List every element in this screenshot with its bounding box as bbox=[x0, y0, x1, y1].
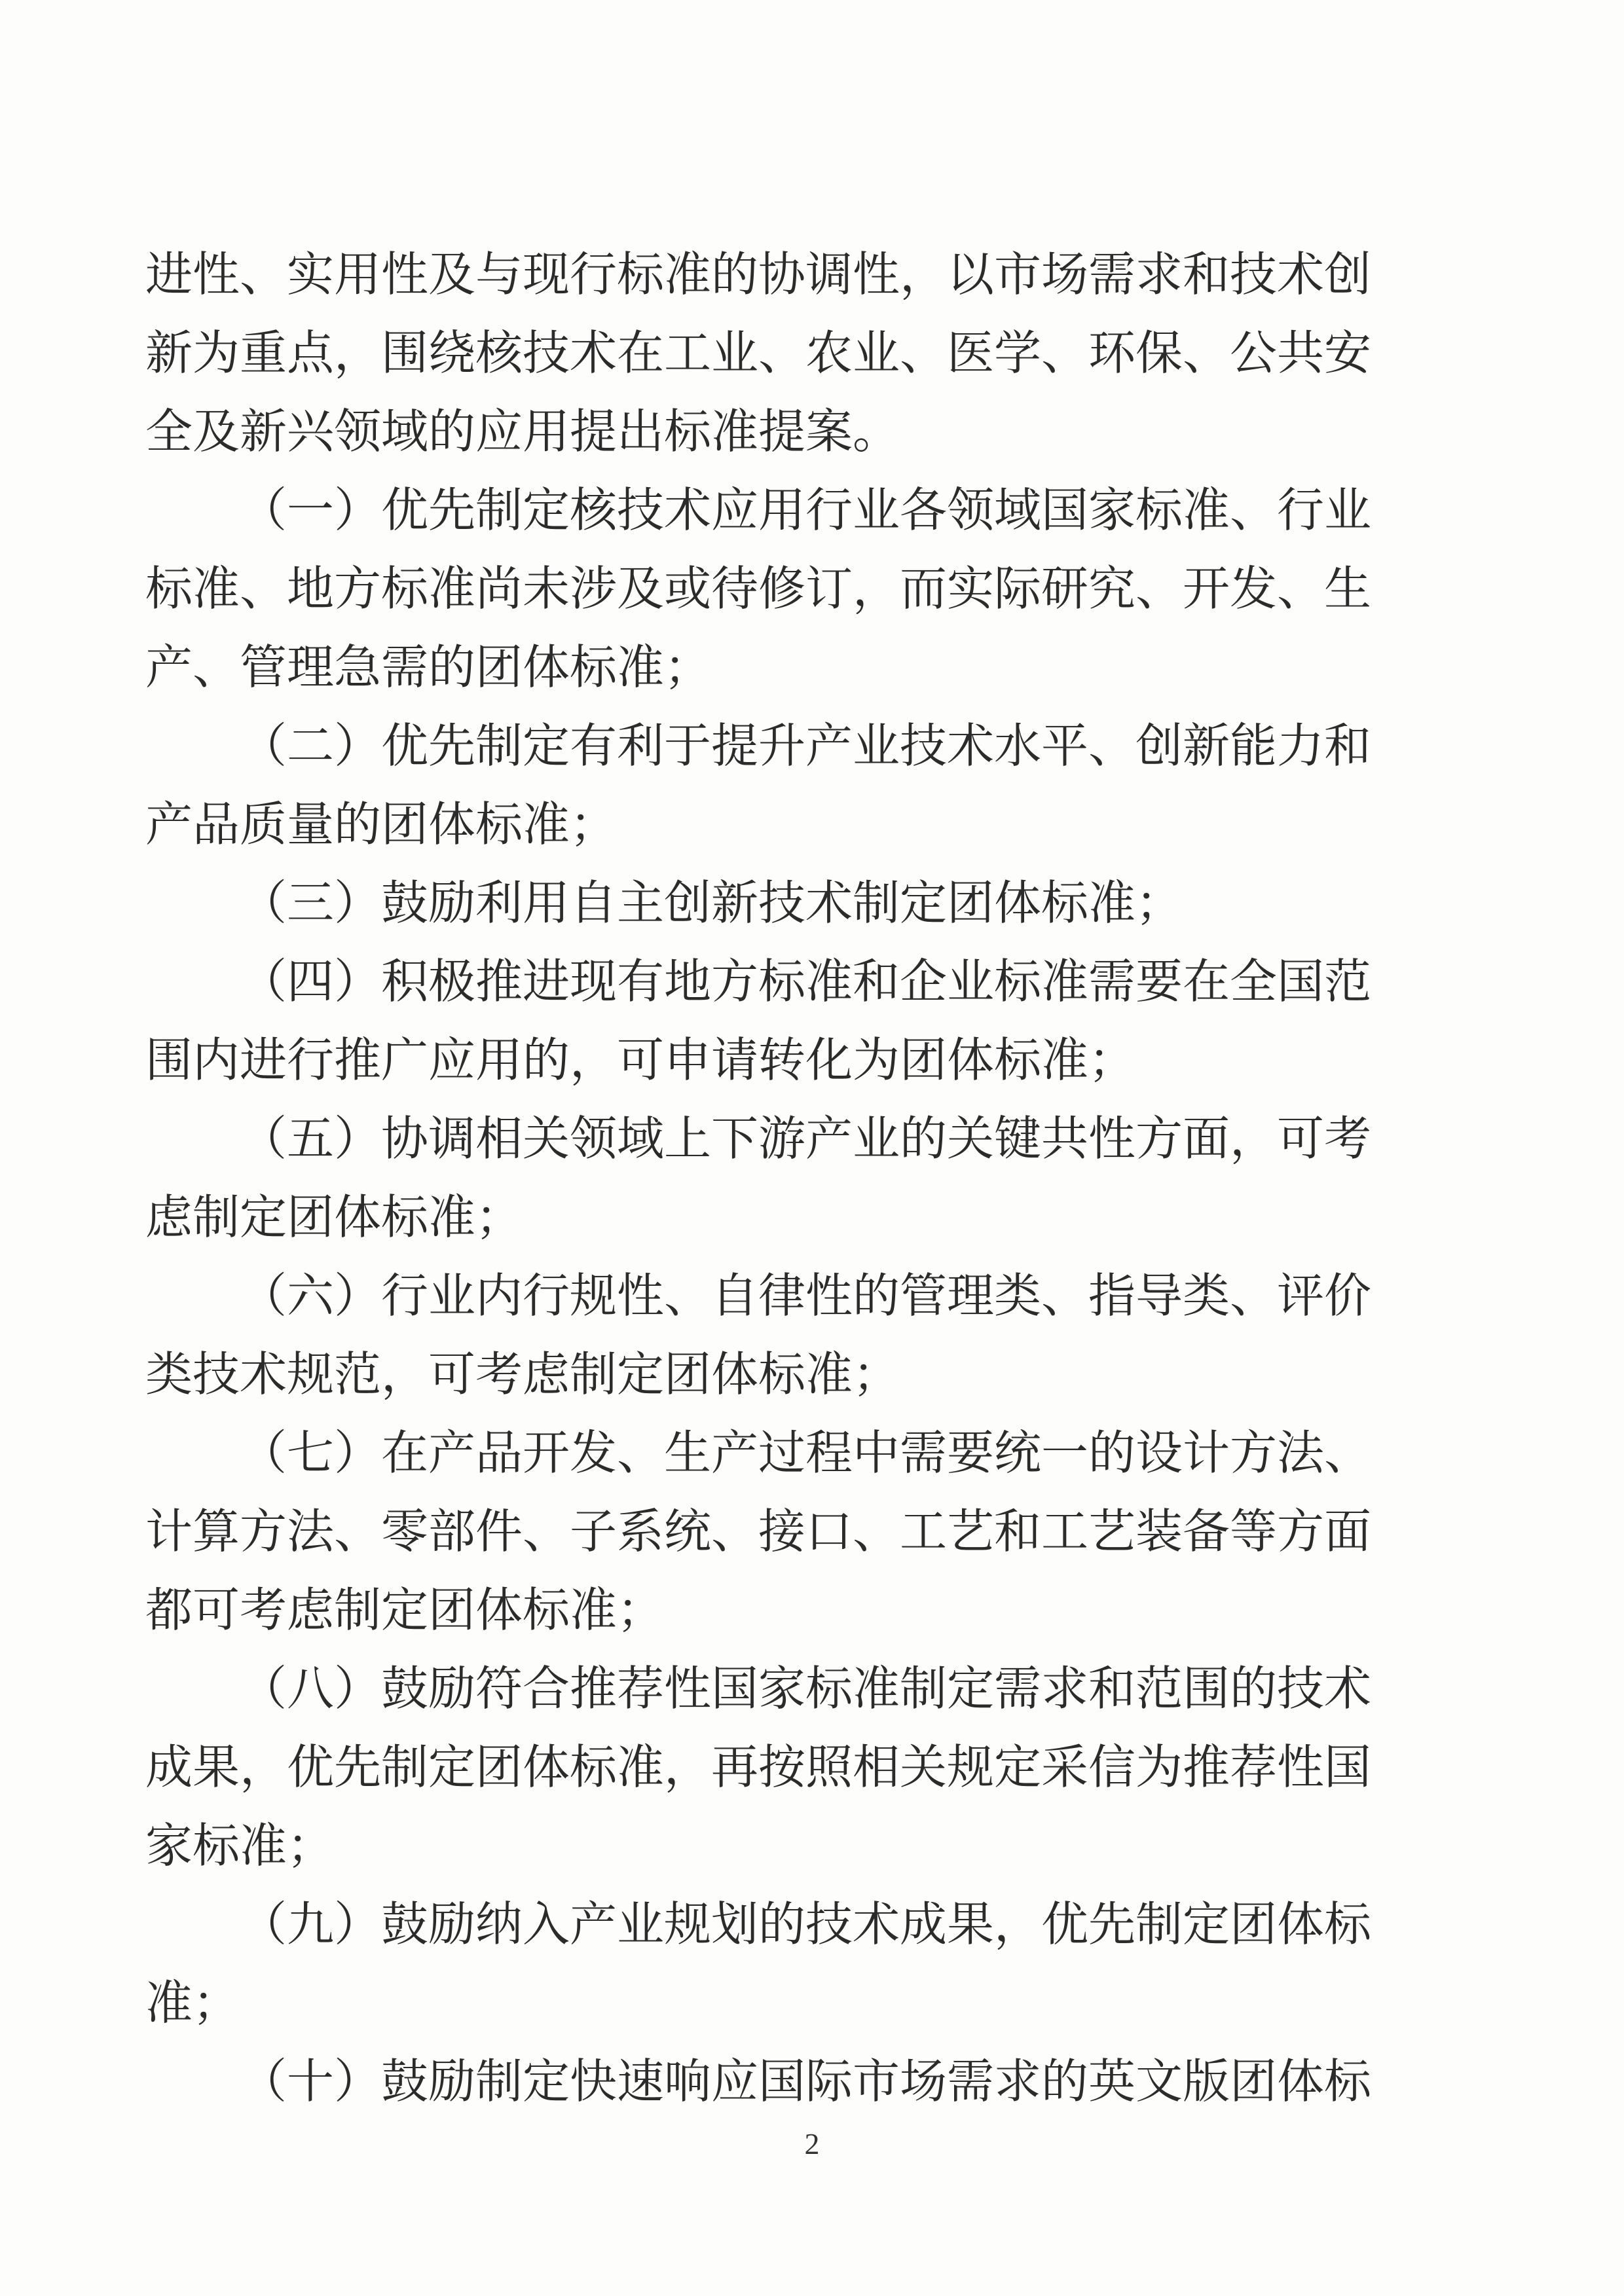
text-line: （九）鼓励纳入产业规划的技术成果，优先制定团体标 bbox=[145, 1886, 1369, 1964]
text-line: 进性、实用性及与现行标准的协调性，以市场需求和技术创 bbox=[145, 236, 1369, 314]
text-line: （五）协调相关领域上下游产业的关键共性方面，可考 bbox=[145, 1100, 1369, 1178]
text-line: 围内进行推广应用的，可申请转化为团体标准； bbox=[145, 1021, 1369, 1100]
text-line: 都可考虑制定团体标准； bbox=[145, 1571, 1369, 1650]
text-line: 类技术规范，可考虑制定团体标准； bbox=[145, 1336, 1369, 1414]
text-line: 成果，优先制定团体标准，再按照相关规定采信为推荐性国 bbox=[145, 1728, 1369, 1807]
text-line: 标准、地方标准尚未涉及或待修订，而实际研究、开发、生 bbox=[145, 550, 1369, 629]
text-line: （四）积极推进现有地方标准和企业标准需要在全国范 bbox=[145, 943, 1369, 1021]
text-line: （八）鼓励符合推荐性国家标准制定需求和范围的技术 bbox=[145, 1650, 1369, 1728]
text-line: 产品质量的团体标准； bbox=[145, 786, 1369, 864]
text-line: （一）优先制定核技术应用行业各领域国家标准、行业 bbox=[145, 471, 1369, 550]
document-page: 进性、实用性及与现行标准的协调性，以市场需求和技术创新为重点，围绕核技术在工业、… bbox=[0, 0, 1624, 2296]
text-line: 全及新兴领域的应用提出标准提案。 bbox=[145, 393, 1369, 471]
page-number: 2 bbox=[0, 2121, 1624, 2167]
document-body: 进性、实用性及与现行标准的协调性，以市场需求和技术创新为重点，围绕核技术在工业、… bbox=[145, 236, 1369, 2121]
text-line: 新为重点，围绕核技术在工业、农业、医学、环保、公共安 bbox=[145, 314, 1369, 393]
text-line: （十）鼓励制定快速响应国际市场需求的英文版团体标 bbox=[145, 2043, 1369, 2121]
text-line: 家标准； bbox=[145, 1807, 1369, 1886]
text-line: （二）优先制定有利于提升产业技术水平、创新能力和 bbox=[145, 707, 1369, 786]
text-line: 计算方法、零部件、子系统、接口、工艺和工艺装备等方面 bbox=[145, 1493, 1369, 1571]
text-line: 产、管理急需的团体标准； bbox=[145, 629, 1369, 707]
text-line: （七）在产品开发、生产过程中需要统一的设计方法、 bbox=[145, 1414, 1369, 1493]
text-line: 虑制定团体标准； bbox=[145, 1178, 1369, 1257]
text-line: （六）行业内行规性、自律性的管理类、指导类、评价 bbox=[145, 1257, 1369, 1336]
text-line: （三）鼓励利用自主创新技术制定团体标准； bbox=[145, 864, 1369, 943]
text-line: 准； bbox=[145, 1964, 1369, 2043]
